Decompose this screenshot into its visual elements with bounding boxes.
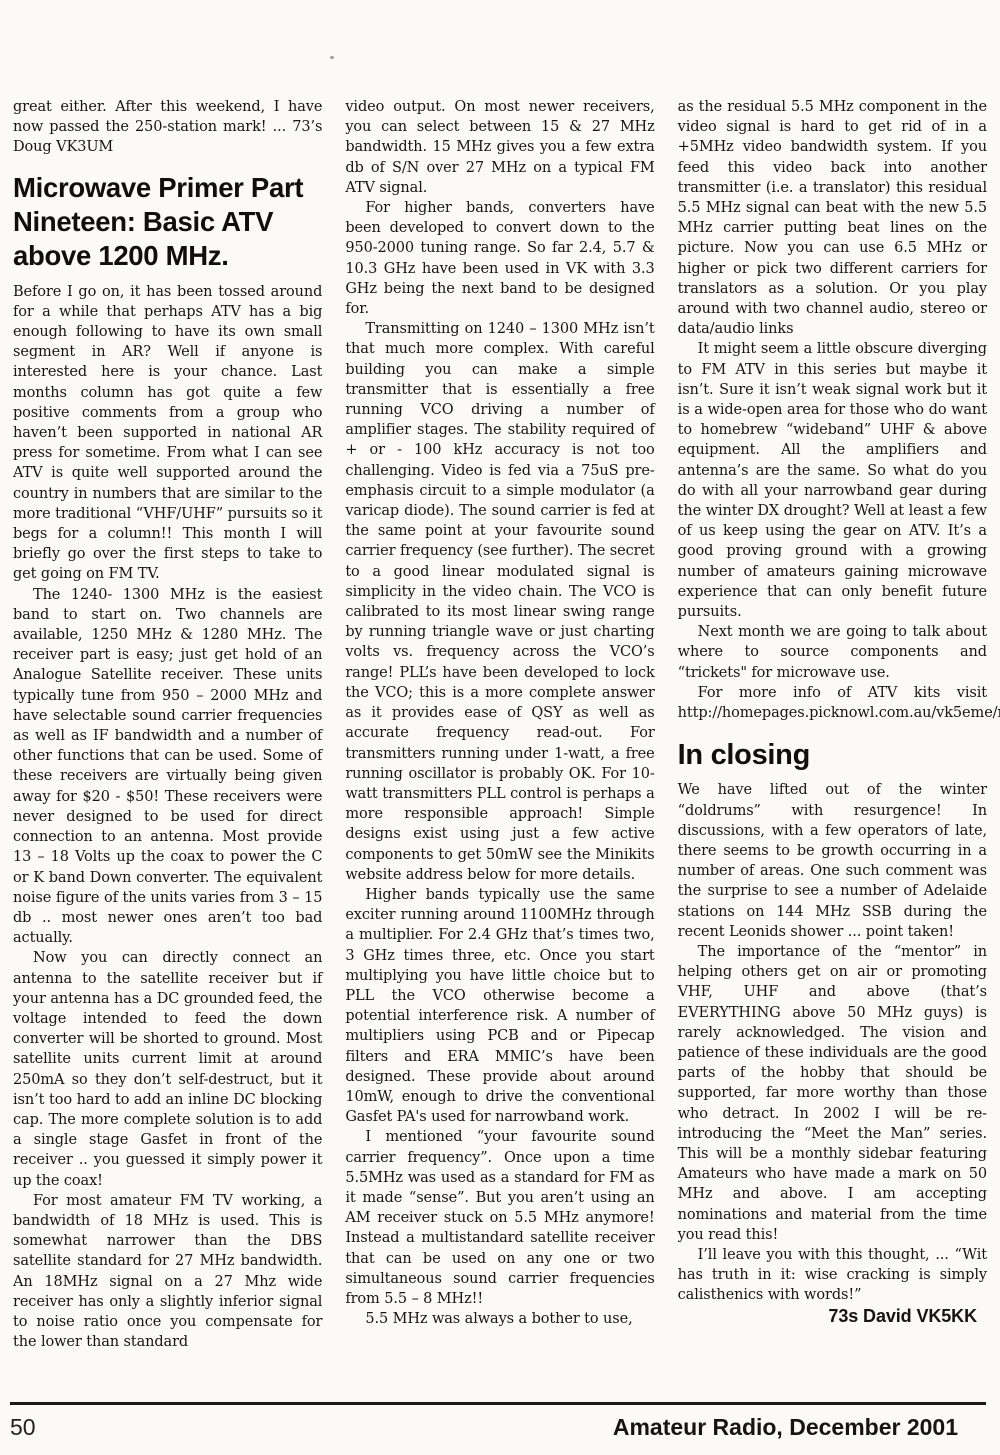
scan-artifact-dot (330, 56, 334, 59)
author-signature: 73s David VK5KK (678, 1306, 987, 1326)
column-3: as the residual 5.5 MHz component in the… (678, 97, 987, 1352)
page-number: 50 (10, 1414, 36, 1441)
paragraph: Now you can directly connect an antenna … (13, 948, 322, 1190)
column-1: great either. After this weekend, I have… (13, 97, 322, 1352)
paragraph: video output. On most newer receivers, y… (345, 97, 654, 198)
paragraph: Higher bands typically use the same exci… (345, 885, 654, 1127)
paragraph: The importance of the “mentor” in helpin… (678, 942, 987, 1245)
paragraph: The 1240- 1300 MHz is the easiest band t… (13, 585, 322, 949)
magazine-page: great either. After this weekend, I have… (0, 0, 1000, 1455)
paragraph: I mentioned “your favourite sound carrie… (345, 1127, 654, 1309)
paragraph: It might seem a little obscure diverging… (678, 339, 987, 622)
paragraph: I’ll leave you with this thought, ... “W… (678, 1245, 987, 1306)
paragraph: We have lifted out of the winter “doldru… (678, 780, 987, 942)
column-2: video output. On most newer receivers, y… (345, 97, 654, 1352)
continued-paragraph: great either. After this weekend, I have… (13, 97, 322, 158)
article-columns: great either. After this weekend, I have… (13, 97, 987, 1352)
section-heading-in-closing: In closing (678, 738, 987, 772)
paragraph: Next month we are going to talk about wh… (678, 622, 987, 683)
paragraph-url: For more info of ATV kits visit http://h… (678, 683, 987, 723)
page-footer: 50 Amateur Radio, December 2001 (10, 1402, 986, 1441)
paragraph: Transmitting on 1240 – 1300 MHz isn’t th… (345, 319, 654, 885)
paragraph: 5.5 MHz was always a bother to use, (345, 1309, 654, 1329)
paragraph: Before I go on, it has been tossed aroun… (13, 282, 322, 585)
article-title: Microwave Primer Part Nineteen: Basic AT… (13, 171, 322, 273)
paragraph: as the residual 5.5 MHz component in the… (678, 97, 987, 339)
paragraph: For higher bands, converters have been d… (345, 198, 654, 319)
journal-issue-label: Amateur Radio, December 2001 (613, 1414, 986, 1441)
paragraph: For most amateur FM TV working, a bandwi… (13, 1191, 322, 1353)
